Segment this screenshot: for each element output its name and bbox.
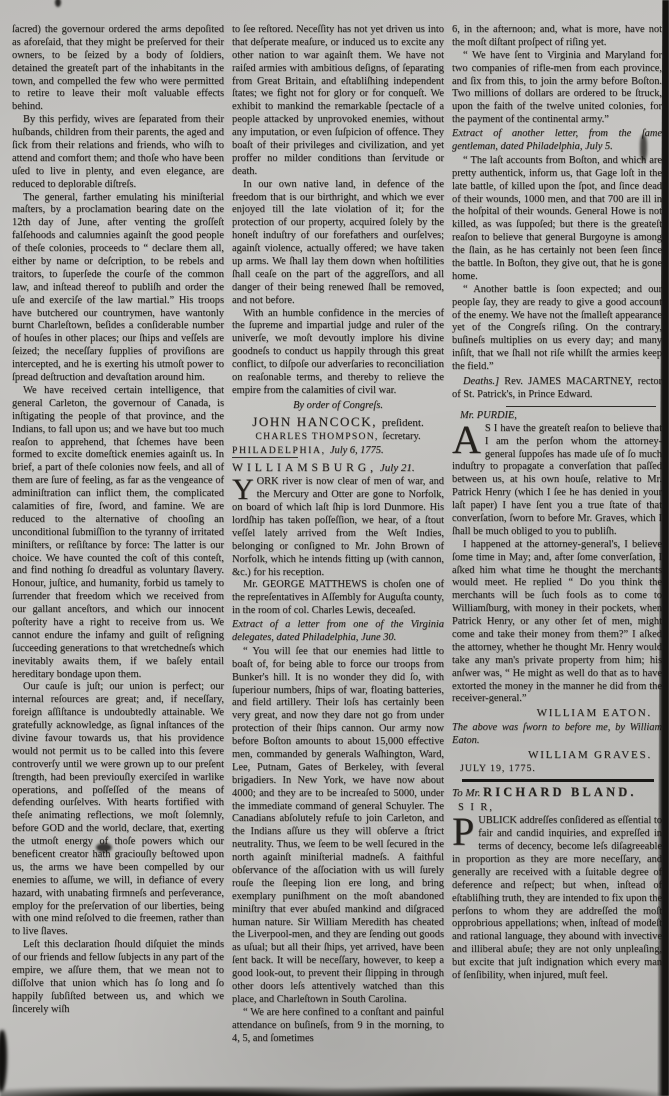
paragraph-letter: “ The laſt accounts from Boſton, and whi… [452,155,662,284]
paragraph-letter: “ We have ſent to Virginia and Maryland … [452,50,662,127]
paragraph-letter: 6, in the afternoon; and, what is more, … [452,24,662,50]
dateline-july19: JULY 19, 1775. [452,763,662,775]
paragraph-news: YORK river is now clear of men of war, a… [232,476,444,579]
paragraph-letter: I happened at the attorney-general's, I … [452,539,662,707]
dateline-philadelphia: PHILADELPHIA, July 6, 1775. [232,445,444,459]
paragraph-letter: “ We are here confined to a conſtant and… [232,1007,444,1046]
paragraph-letter: “ You will ſee that our enemies had litt… [232,646,444,1007]
drop-cap: A [452,425,481,455]
paragraph-declaration: The general, farther emulating his miniſ… [12,192,224,385]
ink-smudge [96,843,112,852]
section-divider [506,406,656,407]
paragraph-declaration: Our cauſe is juſt; our union is perfect;… [12,681,224,939]
heading-williamsburg: WILLIAMSBURG, July 21. [232,461,444,476]
paragraph-declaration: ſacred) the governour ordered the arms d… [12,24,224,114]
section-divider [462,779,654,782]
deaths-notice: Deaths.] Rev. JAMES MACARTNEY, rector of… [452,376,662,402]
attestation: The above was ſworn to before me, by Wil… [452,722,662,748]
paragraph-news: Mr. GEORGE MATTHEWS is choſen one of the… [232,579,444,618]
page-edge-shadow-bottom [0,1087,669,1096]
drop-cap: P [452,817,474,847]
newspaper-page: ſacred) the governour ordered the arms d… [0,0,669,1096]
ink-blot [0,1030,7,1092]
paragraph-declaration: By this perfidy, wives are ſeparated fro… [12,114,224,191]
column-2: to ſee reſtored. Neceſſity has not yet d… [232,24,444,1045]
byline-congress: By order of Congreſs. [232,400,444,413]
extract-header: Extract of a letter from one of the Virg… [232,619,444,645]
signature-hancock: JOHN HANCOCK, preſident. [232,414,444,431]
paragraph-declaration: We have received certain intelligence, t… [12,385,224,681]
paragraph-letter: AS I have the greateſt reaſon to believe… [452,423,662,539]
column-3: 6, in the afternoon; and, what is more, … [452,24,662,1045]
column-container: ſacred) the governour ordered the arms d… [0,0,669,1045]
paragraph-address: PUBLICK addreſſes conſidered as eſſentia… [452,815,662,983]
signature-graves: WILLIAM GRAVES. [452,749,662,763]
salutation-sir: S I R, [452,802,662,815]
ink-smudge [640,135,647,161]
drop-cap: Y [232,478,254,501]
paragraph-declaration: With an humble confidence in the mercies… [232,308,444,398]
column-1: ſacred) the governour ordered the arms d… [12,24,224,1045]
signature-thompson: CHARLES THOMPSON, ſecretary. [232,431,444,444]
extract-header: Extract of another letter, from the ſame… [452,128,662,154]
paragraph-declaration: Leſt this declaration ſhould diſquiet th… [12,939,224,1016]
heading-richard-bland: To Mr. RICHARD BLAND. [452,785,662,801]
salutation-purdie: Mr. PURDIE, [452,410,662,423]
paragraph-declaration: In our own native land, in defence of th… [232,179,444,308]
signature-eaton: WILLIAM EATON. [452,707,662,721]
paragraph-letter: “ Another battle is ſoon expected; and o… [452,284,662,374]
paragraph-declaration: to ſee reſtored. Neceſſity has not yet d… [232,24,444,179]
